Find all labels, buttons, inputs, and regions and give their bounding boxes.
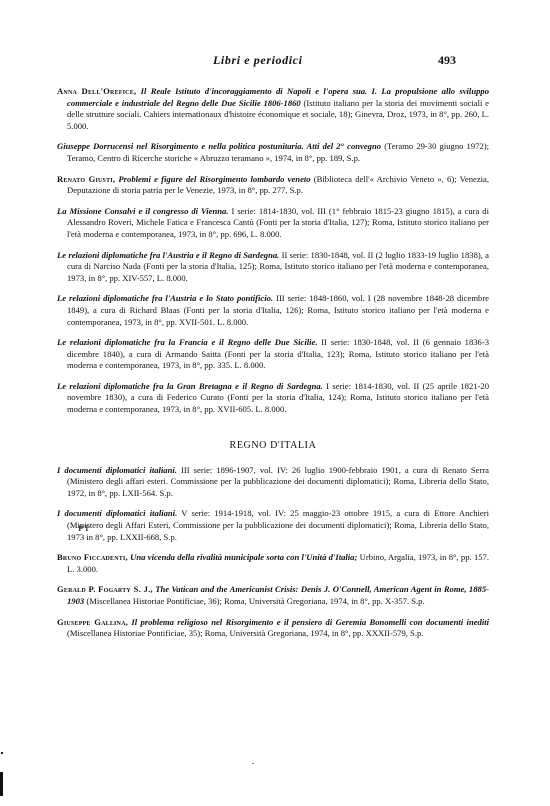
entry-title: Le relazioni diplomatiche fra l'Austria … — [57, 250, 279, 260]
binding-edge-mark — [0, 772, 3, 796]
entry-details: (Miscellanea Historiae Pontificiae, 35);… — [67, 628, 423, 638]
entry-title: Le relazioni diplomatiche fra la Gran Br… — [57, 381, 323, 391]
bibliography-entry: Bruno Ficcadenti, Una vicenda della riva… — [57, 552, 489, 575]
bibliography-entry: Renato Giusti, Problemi e figure del Ris… — [57, 174, 489, 197]
page-number: 493 — [438, 53, 456, 68]
bibliography-entry: Le relazioni diplomatiche fra la Francia… — [57, 337, 489, 372]
entry-author: Renato Giusti, — [57, 174, 115, 184]
entry-title: Le relazioni diplomatiche fra la Francia… — [57, 337, 317, 347]
entry-title: Le relazioni diplomatiche fra l'Austria … — [57, 293, 273, 303]
entry-title: Giuseppe Dorrucensi nel Risorgimento e n… — [57, 141, 381, 151]
entry-title: La Missione Consalvi e il congresso di V… — [57, 206, 229, 216]
page-speck — [252, 763, 254, 764]
margin-speck — [1, 752, 3, 754]
entry-author: Gerald P. Fogarty S. J., — [57, 584, 153, 594]
entry-author: Giuseppe Gallina, — [57, 617, 128, 627]
bibliography-entry: Le relazioni diplomatiche fra l'Austria … — [57, 293, 489, 328]
entry-title: Una vicenda della rivalità municipale so… — [128, 552, 357, 562]
entry-details: (Miscellanea Historiae Pontificiae, 36);… — [84, 596, 424, 606]
entry-author: Anna Dell'Orefice, — [57, 86, 136, 96]
entry-title: Problemi e figure del Risorgimento lomba… — [118, 174, 310, 184]
bibliography-entry: Le relazioni diplomatiche fra la Gran Br… — [57, 381, 489, 416]
running-head: Libri e periodici 493 — [0, 53, 550, 69]
bibliography-list: Anna Dell'Orefice, Il Reale Istituto d'i… — [57, 86, 489, 649]
ink-stamp-mark: 'PT — [75, 524, 90, 533]
entry-title: Il problema religioso nel Risorgimento e… — [128, 617, 489, 627]
bibliography-entry: Le relazioni diplomatiche fra l'Austria … — [57, 250, 489, 285]
book-page: Libri e periodici 493 Anna Dell'Orefice,… — [0, 0, 550, 806]
bibliography-entry: I documenti diplomatici italiani. III se… — [57, 465, 489, 500]
bibliography-entry: Giuseppe Dorrucensi nel Risorgimento e n… — [57, 141, 489, 164]
bibliography-entry: Anna Dell'Orefice, Il Reale Istituto d'i… — [57, 86, 489, 132]
section-heading: REGNO D'ITALIA — [57, 440, 489, 451]
running-title: Libri e periodici — [213, 53, 303, 68]
entry-title: I documenti diplomatici italiani. — [57, 465, 177, 475]
bibliography-entry: Gerald P. Fogarty S. J., The Vatican and… — [57, 584, 489, 607]
entry-author: Bruno Ficcadenti, — [57, 552, 128, 562]
entry-title: I documenti diplomatici italiani. — [57, 508, 177, 518]
bibliography-entry: Giuseppe Gallina, Il problema religioso … — [57, 617, 489, 640]
bibliography-entry: I documenti diplomatici italiani. V seri… — [57, 508, 489, 543]
bibliography-entry: La Missione Consalvi e il congresso di V… — [57, 206, 489, 241]
